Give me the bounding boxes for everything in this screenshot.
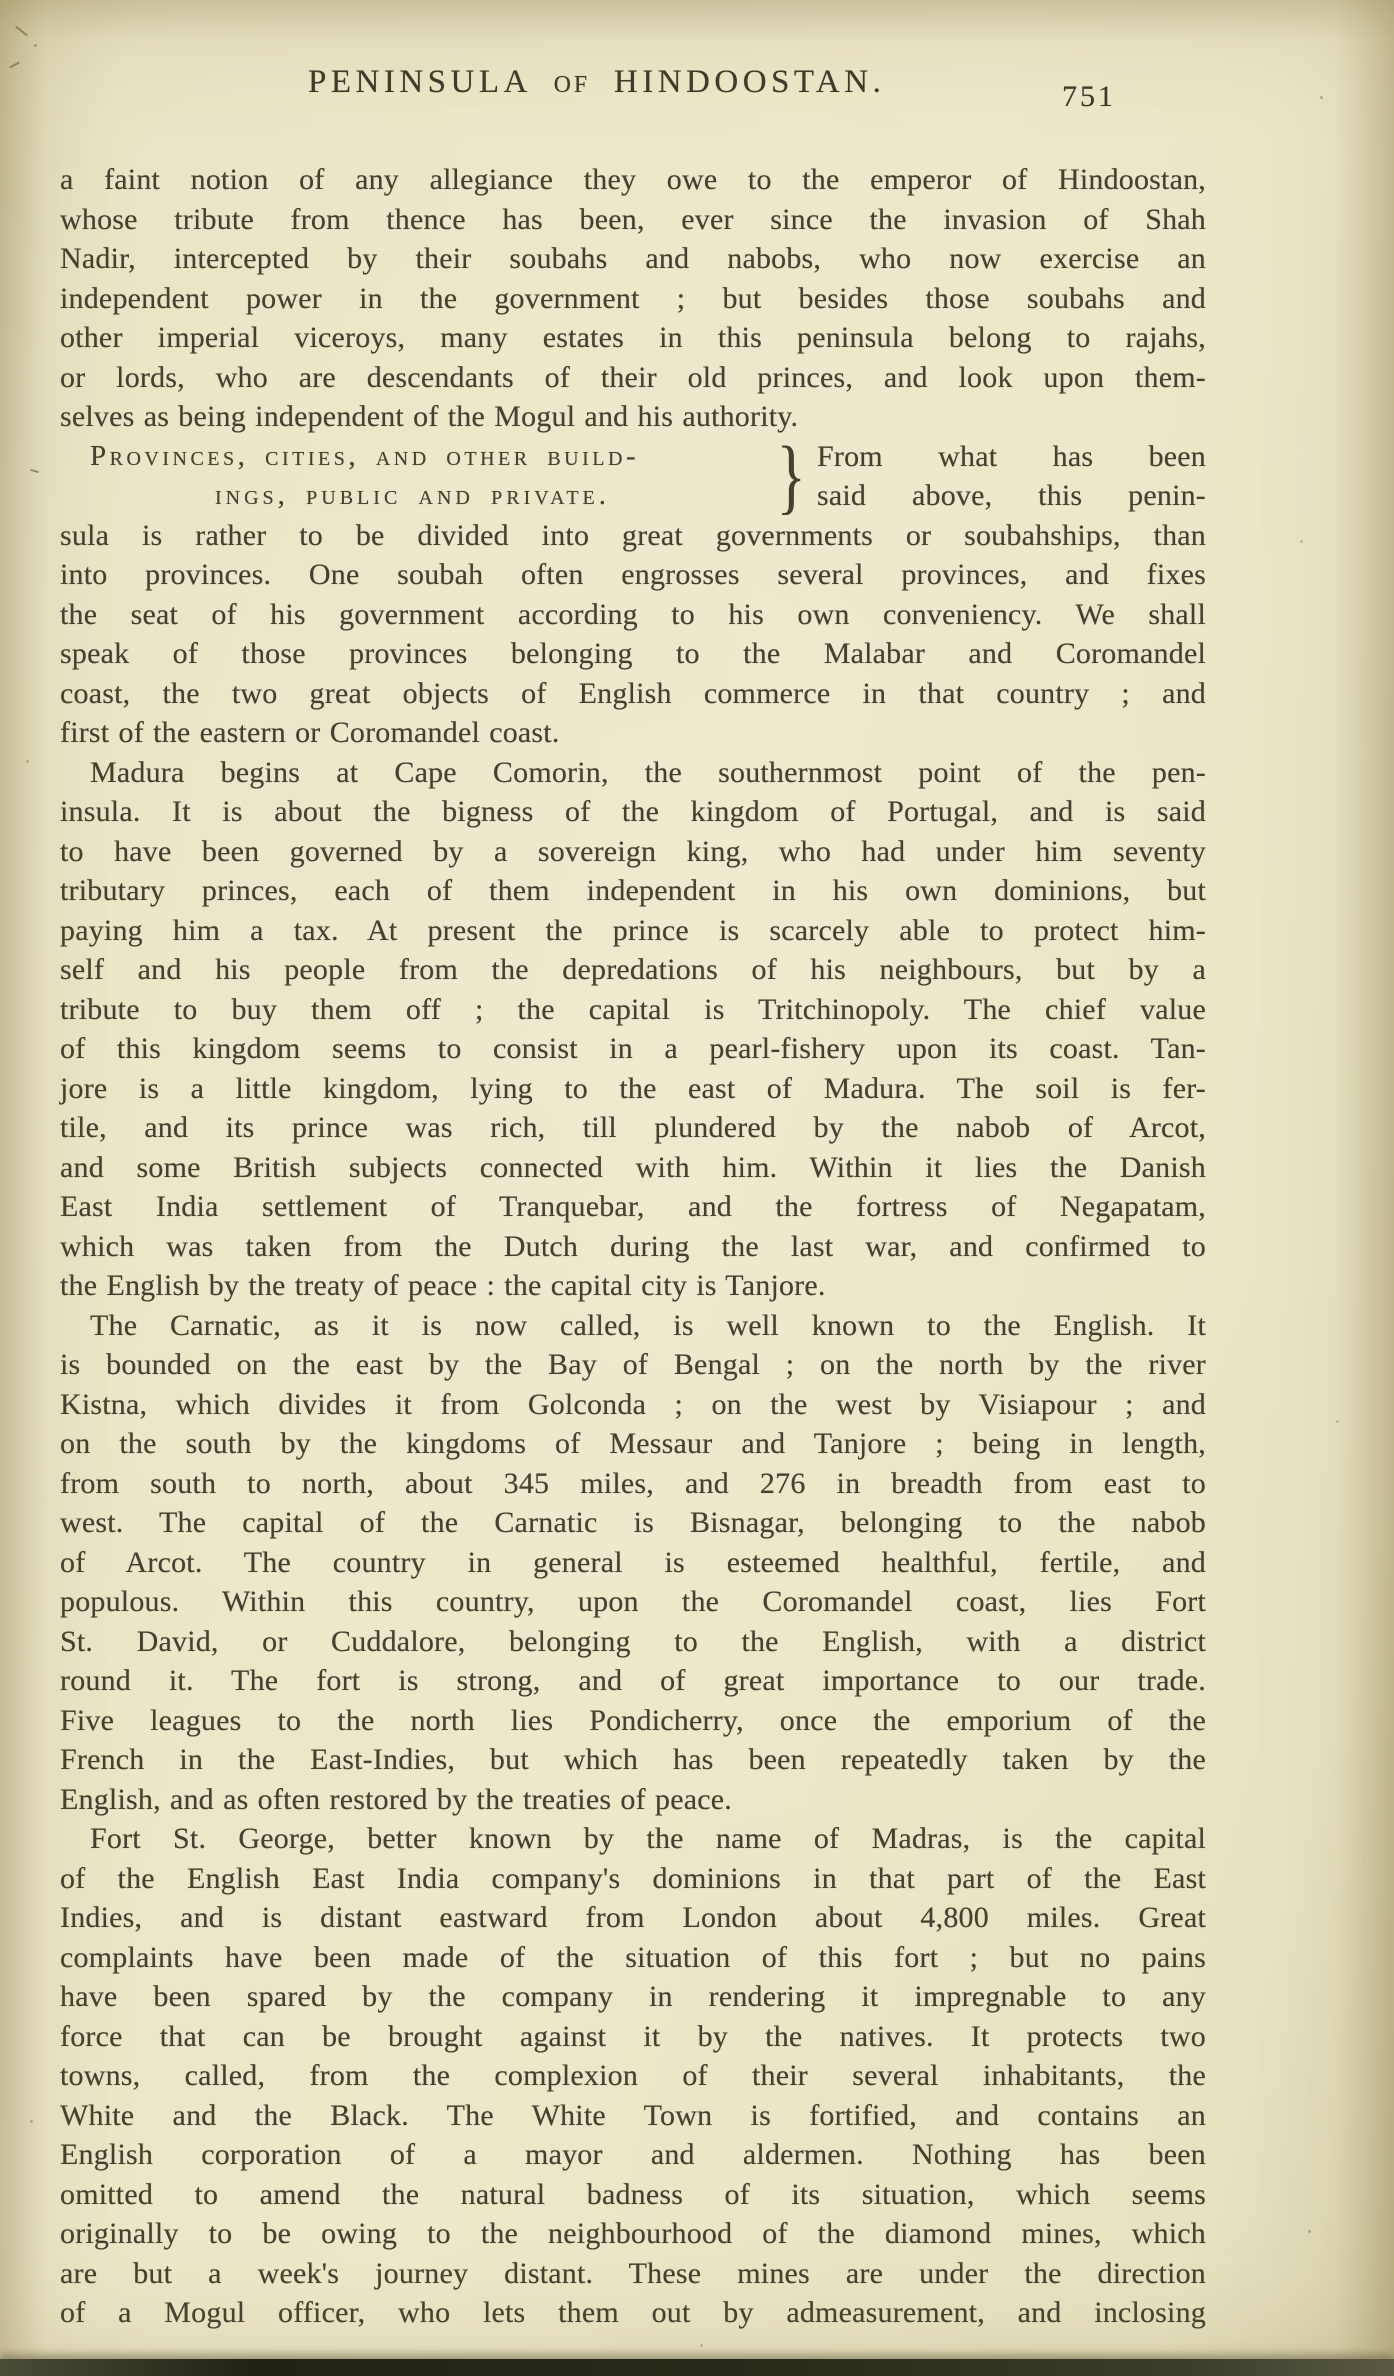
brace-icon: } [776,437,805,516]
paragraph-fort-st-george: Fort St. George, better known by the nam… [60,1819,1206,2333]
text-line: the English by the treaty of peace : the… [60,1266,1206,1306]
text-line: English corporation of a mayor and alder… [60,2135,1206,2175]
text-line: French in the East-Indies, but which has… [60,1740,1206,1780]
text-line: to have been governed by a sovereign kin… [60,832,1206,872]
text-line: selves as being independent of the Mogul… [60,397,1206,437]
section-sidehead-row: Provinces, cities, and other build- ings… [60,437,1206,516]
text-line: independent power in the government ; bu… [60,279,1206,319]
text-line: west. The capital of the Carnatic is Bis… [60,1503,1206,1543]
sidehead-caps-line: ings, public and private. [60,476,765,516]
text-line: English, and as often restored by the tr… [60,1780,1206,1820]
text-line: other imperial viceroys, many estates in… [60,318,1206,358]
text-line: Nadir, intercepted by their soubahs and … [60,239,1206,279]
sidehead-intro-text: From what has been said above, this peni… [817,437,1206,516]
text-line: Indies, and is distant eastward from Lon… [60,1898,1206,1938]
text-line: said above, this penin- [817,476,1206,516]
scanned-book-page: PENINSULA of HINDOOSTAN. 751 a faint not… [0,0,1394,2376]
text-line: and some British subjects connected with… [60,1148,1206,1188]
text-line: tribute to buy them off ; the capital is… [60,990,1206,1030]
text-line: coast, the two great objects of English … [60,674,1206,714]
running-title-of: of [554,72,590,98]
text-line: round it. The fort is strong, and of gre… [60,1661,1206,1701]
text-line: Fort St. George, better known by the nam… [60,1819,1206,1859]
text-line: East India settlement of Tranquebar, and… [60,1187,1206,1227]
text-line: From what has been [817,437,1206,477]
text-line: insula. It is about the bigness of the k… [60,792,1206,832]
text-line: of this kingdom seems to consist in a pe… [60,1029,1206,1069]
pen-mark [9,62,20,69]
text-line: Madura begins at Cape Comorin, the south… [60,753,1206,793]
text-line: have been spared by the company in rende… [60,1977,1206,2017]
paragraph-carnatic: The Carnatic, as it is now called, is we… [60,1306,1206,1820]
text-line: into provinces. One soubah often engross… [60,555,1206,595]
running-title-part-left: PENINSULA [308,64,530,100]
text-line: omitted to amend the natural badness of … [60,2175,1206,2215]
text-line: jore is a little kingdom, lying to the e… [60,1069,1206,1109]
running-title-part-right: HINDOOSTAN. [614,64,885,100]
text-line: Five leagues to the north lies Pondicher… [60,1701,1206,1741]
text-line: the seat of his government according to … [60,595,1206,635]
text-line: tributary princes, each of them independ… [60,871,1206,911]
text-line: which was taken from the Dutch during th… [60,1227,1206,1267]
text-line: complaints have been made of the situati… [60,1938,1206,1978]
text-line: whose tribute from thence has been, ever… [60,200,1206,240]
text-line: are but a week's journey distant. These … [60,2254,1206,2294]
pen-mark [30,469,39,473]
text-line: first of the eastern or Coromandel coast… [60,713,1206,753]
text-line: paying him a tax. At present the prince … [60,911,1206,951]
text-line: originally to be owing to the neighbourh… [60,2214,1206,2254]
page-header: PENINSULA of HINDOOSTAN. 751 [60,0,1206,150]
text-line: towns, called, from the complexion of th… [60,2056,1206,2096]
text-line: is bounded on the east by the Bay of Ben… [60,1345,1206,1385]
text-line: speak of those provinces belonging to th… [60,634,1206,674]
text-line: self and his people from the depredation… [60,950,1206,990]
sidehead-smallcaps: Provinces, cities, and other build- ings… [60,437,765,516]
sidehead-caps-line: Provinces, cities, and other build- [60,437,765,477]
running-title: PENINSULA of HINDOOSTAN. [308,64,885,101]
pen-mark [15,26,28,37]
text-line: of the English East India company's domi… [60,1859,1206,1899]
text-block: a faint notion of any allegiance they ow… [60,160,1206,2333]
text-line: of Arcot. The country in general is este… [60,1543,1206,1583]
text-line: St. David, or Cuddalore, belonging to th… [60,1622,1206,1662]
paragraph-continuation: a faint notion of any allegiance they ow… [60,160,1206,437]
scan-bottom-edge [0,2359,1394,2376]
text-line: sula is rather to be divided into great … [60,516,1206,556]
text-line: of a Mogul officer, who lets them out by… [60,2293,1206,2333]
text-line: populous. Within this country, upon the … [60,1582,1206,1622]
text-line: a faint notion of any allegiance they ow… [60,160,1206,200]
text-line: or lords, who are descendants of their o… [60,358,1206,398]
text-line: The Carnatic, as it is now called, is we… [60,1306,1206,1346]
paragraph-provinces: sula is rather to be divided into great … [60,516,1206,753]
brace-container: } [765,437,817,516]
text-line: force that can be brought against it by … [60,2017,1206,2057]
paper-speckles [0,0,3,3]
text-line: White and the Black. The White Town is f… [60,2096,1206,2136]
text-line: tile, and its prince was rich, till plun… [60,1108,1206,1148]
page-number: 751 [1062,80,1116,114]
paragraph-madura: Madura begins at Cape Comorin, the south… [60,753,1206,1306]
text-line: on the south by the kingdoms of Messaur … [60,1424,1206,1464]
text-line: Kistna, which divides it from Golconda ;… [60,1385,1206,1425]
text-line: from south to north, about 345 miles, an… [60,1464,1206,1504]
